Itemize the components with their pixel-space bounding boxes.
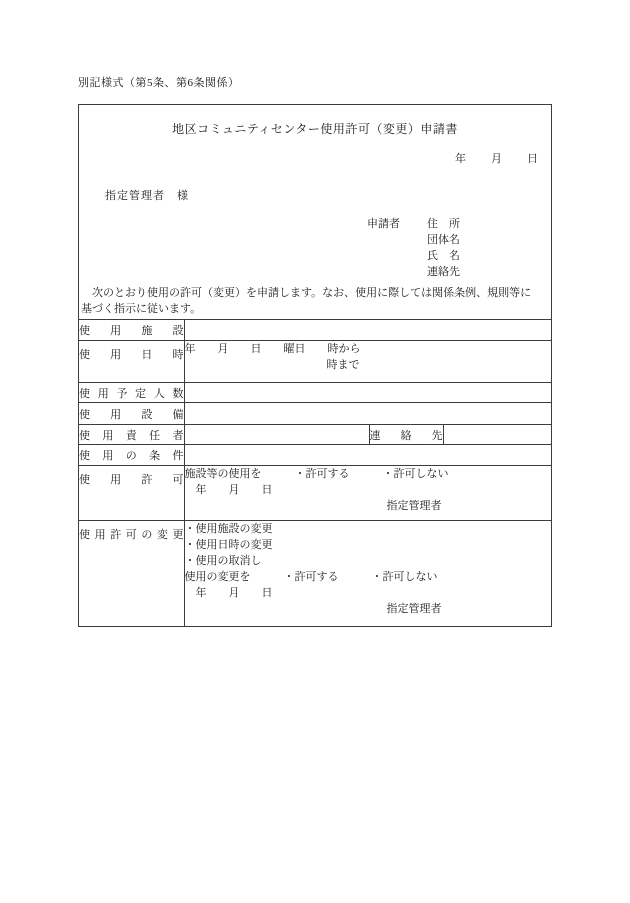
expected-people-label: 使用予定人数 (79, 383, 184, 403)
applicant-block: 申請者 住 所 団体名 氏 名 連絡先 (367, 216, 460, 280)
datetime-line-1: 年 月 日 曜日 時から (185, 341, 552, 357)
permission-label: 使用許可 (79, 466, 184, 521)
applicant-field-address: 住 所 (427, 216, 460, 232)
row-facility: 使用施設 (79, 320, 551, 341)
facility-value-cell (184, 320, 551, 341)
contact-value-cell (443, 425, 551, 445)
expected-people-value-cell (184, 383, 551, 403)
row-permission: 使用許可 施設等の使用を ・許可する ・許可しない 年 月 日 指定管理者 (79, 466, 551, 521)
permission-change-value-cell: ・使用施設の変更 ・使用日時の変更 ・使用の取消し 使用の変更を ・許可する ・… (184, 521, 551, 627)
document-page: 別記様式（第5条、第6条関係） 地区コミュニティセンター使用許可（変更）申請書 … (0, 0, 630, 903)
change-item-datetime: ・使用日時の変更 (185, 537, 552, 553)
applicant-field-contact: 連絡先 (427, 264, 460, 280)
row-datetime: 使用日時 年 月 日 曜日 時から 時まで (79, 341, 551, 383)
addressee: 指定管理者 様 (105, 187, 189, 203)
permission-line-1: 施設等の使用を ・許可する ・許可しない (185, 466, 552, 482)
form-title: 地区コミュニティセンター使用許可（変更）申請書 (79, 120, 551, 137)
form-box: 地区コミュニティセンター使用許可（変更）申請書 年 月 日 指定管理者 様 申請… (78, 104, 552, 627)
equipment-value-cell (184, 403, 551, 425)
conditions-value-cell (184, 445, 551, 466)
datetime-label: 使用日時 (79, 341, 184, 383)
permission-change-label: 使用許可の変更 (79, 521, 184, 627)
change-decision-line: 使用の変更を ・許可する ・許可しない (185, 569, 552, 585)
datetime-value-cell: 年 月 日 曜日 時から 時まで (184, 341, 551, 383)
change-signer: 指定管理者 (387, 601, 552, 617)
form-reference: 別記様式（第5条、第6条関係） (78, 76, 240, 90)
datetime-line-2: 時まで (327, 357, 552, 373)
row-equipment: 使用設備 (79, 403, 551, 425)
declaration-line-1: 次のとおり使用の許可（変更）を申請します。なお、使用に際しては関係条例、規則等に (81, 285, 549, 301)
change-date-line: 年 月 日 (185, 585, 552, 601)
contact-label: 連絡先 (369, 425, 443, 445)
declaration-line-2: 基づく指示に従います。 (81, 301, 549, 317)
row-responsible-person: 使用責任者 連絡先 (79, 425, 551, 445)
applicant-field-organization: 団体名 (427, 232, 460, 248)
row-conditions: 使用の条件 (79, 445, 551, 466)
applicant-field-name: 氏 名 (427, 248, 460, 264)
application-date-line: 年 月 日 (455, 150, 539, 166)
applicant-fields: 住 所 団体名 氏 名 連絡先 (427, 216, 460, 280)
responsible-person-label: 使用責任者 (79, 425, 184, 445)
permission-signer: 指定管理者 (387, 498, 552, 514)
responsible-person-value-cell (184, 425, 369, 445)
declaration: 次のとおり使用の許可（変更）を申請します。なお、使用に際しては関係条例、規則等に… (81, 285, 549, 317)
permission-value-cell: 施設等の使用を ・許可する ・許可しない 年 月 日 指定管理者 (184, 466, 551, 521)
facility-label: 使用施設 (79, 320, 184, 341)
row-permission-change: 使用許可の変更 ・使用施設の変更 ・使用日時の変更 ・使用の取消し 使用の変更を… (79, 521, 551, 627)
row-expected-people: 使用予定人数 (79, 383, 551, 403)
application-table: 使用施設 使用日時 年 月 日 曜日 時から 時まで 使用予定人数 使用設備 (79, 319, 551, 626)
conditions-label: 使用の条件 (79, 445, 184, 466)
change-item-facility: ・使用施設の変更 (185, 521, 552, 537)
permission-date-line: 年 月 日 (185, 482, 552, 498)
applicant-label: 申請者 (367, 216, 400, 280)
form-header: 地区コミュニティセンター使用許可（変更）申請書 年 月 日 指定管理者 様 申請… (79, 105, 551, 319)
equipment-label: 使用設備 (79, 403, 184, 425)
change-item-cancel: ・使用の取消し (185, 553, 552, 569)
